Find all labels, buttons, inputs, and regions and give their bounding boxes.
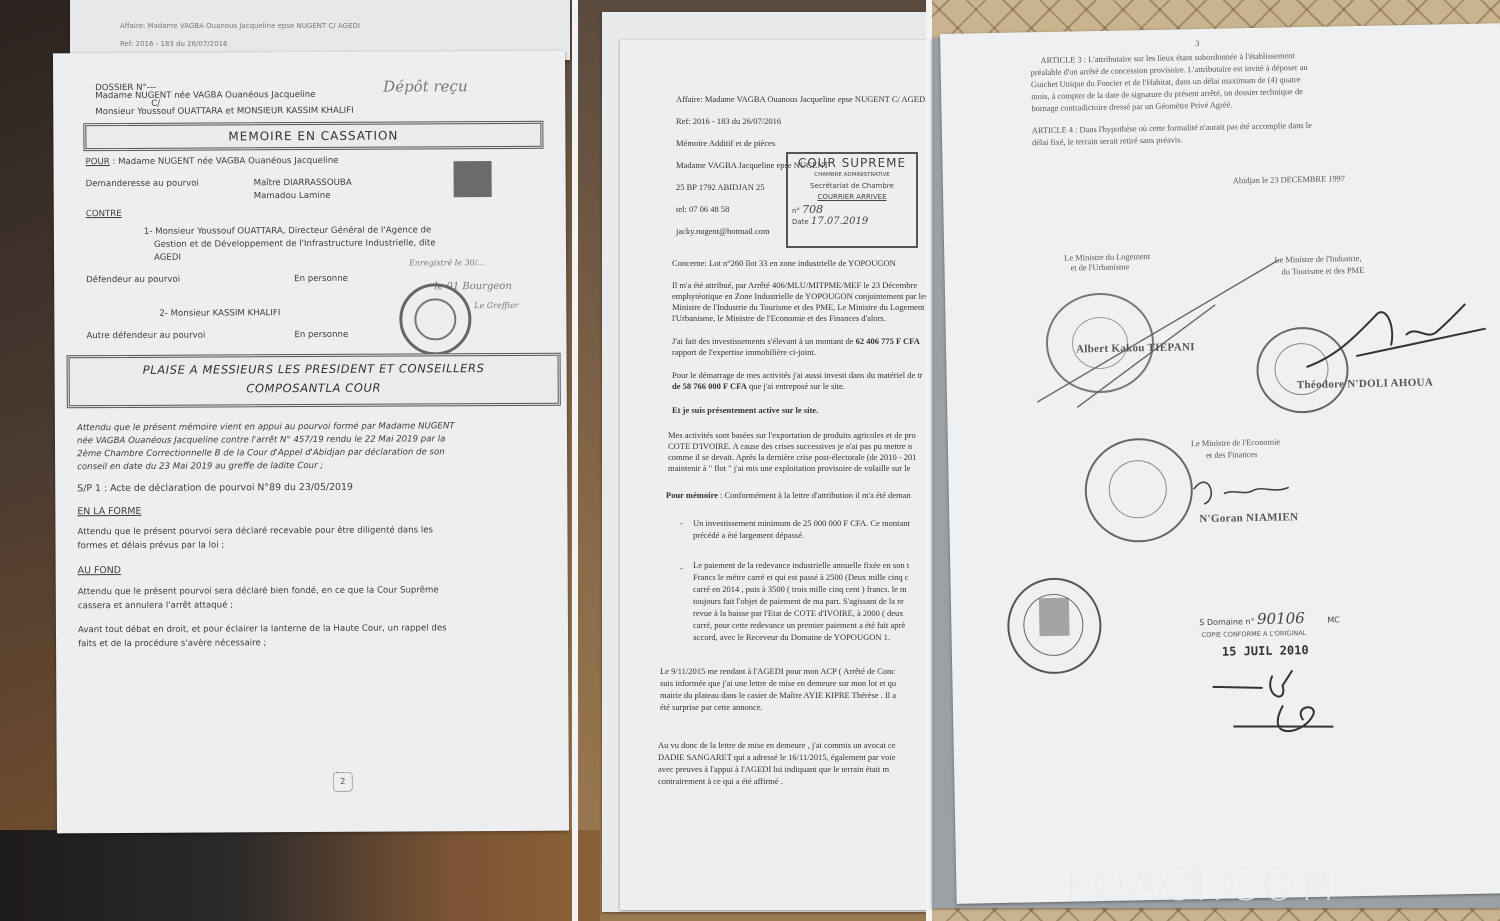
- avocat-firstname: Mamadou Lamine: [254, 191, 331, 201]
- memo-line: Pour mémoire : Conformément à la lettre …: [666, 490, 911, 500]
- bullet-line: accord, avec le Receveur du Domaine de Y…: [693, 632, 890, 642]
- place-date: Abidjan le 23 DECEMBRE 1997: [1233, 174, 1345, 185]
- back-ref: Ref: 2016 - 183 du 26/07/2016: [120, 40, 227, 48]
- signature-strike: [1034, 257, 1297, 412]
- signatory-title: et des Finances: [1206, 450, 1257, 460]
- forme-heading: EN LA FORME: [77, 506, 141, 517]
- paragraph-line: Attendu que le présent pourvoi sera décl…: [77, 525, 433, 537]
- paragraph-line: suis informée que j'ai une lettre de mis…: [660, 678, 896, 688]
- certification-line: S Domaine n° 90106 MC: [1199, 608, 1340, 629]
- affaire-line: Affaire: Madame VAGBA Ouanous Jacqueline…: [676, 94, 928, 104]
- paragraph-line: maintenir à " flot " j'ai mis une exploi…: [668, 463, 910, 473]
- defendeur-label: Défendeur au pourvoi: [86, 275, 180, 285]
- back-affaire: Affaire: Madame VAGBA Ouanous Jacqueline…: [120, 22, 360, 30]
- title-banner: MEMOIRE EN CASSATION: [83, 121, 543, 151]
- stamp-note: Enregistré le 30/...: [409, 258, 485, 267]
- stamp-line: COUR SUPREME: [788, 156, 916, 170]
- bullet-marker: -: [680, 518, 683, 528]
- signatory-title: Le Ministre de l'Industrie,: [1274, 254, 1361, 265]
- paragraph-line: Avant tout débat en droit, et pour éclai…: [78, 623, 447, 635]
- bullet-line: revue à la baisse par l'Etat de COTE d'I…: [693, 608, 904, 618]
- arrete-signature-page: 3 ARTICLE 3 : L'attributaire sur les lie…: [940, 23, 1500, 904]
- plaise-line: COMPOSANTLA COUR: [70, 378, 558, 400]
- stamp-date-label: Date: [792, 218, 809, 226]
- koaci-watermark: KOACI.COM: [1062, 860, 1340, 911]
- paragraph-line: Il m'a été attribué, par Arrêté 406/MLU/…: [672, 280, 917, 290]
- demanderesse-label: Demanderesse au pourvoi: [86, 179, 199, 190]
- paragraph-line: DADIE SANGARET qui a adressé le 16/11/20…: [658, 752, 895, 762]
- article-line: ARTICLE 4 : Dans l'hypothèse où cette fo…: [1032, 121, 1312, 135]
- signatory-name: Théodore N'DOLI AHOUA: [1297, 377, 1433, 392]
- article-line: mois, à compter de la date de signature …: [1031, 87, 1303, 101]
- paragraph-line: été surprise par cette annonce.: [660, 702, 763, 712]
- plaise-banner: PLAISE A MESSIEURS LES PRESIDENT ET CONS…: [67, 353, 561, 409]
- signatory-name: N'Goran NIAMIEN: [1199, 511, 1298, 525]
- defendant1-line: Gestion et de Développement de l'Infrast…: [154, 238, 436, 249]
- cert-number: 90106: [1257, 609, 1305, 628]
- paragraph-line: Attendu que le présent pourvoi sera décl…: [78, 585, 439, 597]
- memoire-line: Mémoire Additif et de pièces: [676, 138, 775, 148]
- investment-text: J'ai fait des investissements s'élevant …: [672, 336, 856, 346]
- equipment-amount: de 58 766 000 F CFA: [672, 381, 747, 391]
- floor-foreground: [0, 830, 600, 921]
- equipment-line: de 58 766 000 F CFA que j'ai entreposé s…: [672, 381, 845, 391]
- header-line: Madame NUGENT née VAGBA Ouanéous Jacquel…: [95, 90, 315, 101]
- cour-supreme-stamp: COUR SUPREME CHAMBRE ADMINISTRATIVE Secr…: [786, 152, 918, 248]
- memo-text: : Conformément à la lettre d'attribution…: [718, 490, 911, 500]
- stamp-num-label: n°: [792, 207, 800, 215]
- header-line: Monsieur Youssouf OUATTARA et MONSIEUR K…: [95, 106, 353, 117]
- contre-label: CONTRE: [86, 209, 122, 219]
- stamp-date-value: 17.07.2019: [811, 216, 868, 227]
- stamp-line: CHAMBRE ADMINISTRATIVE: [788, 172, 916, 178]
- bullet-line: précédé a été largement dépassé.: [693, 530, 804, 540]
- concerne-line: Concerne: Lot n°260 îlot 33 en zone indu…: [672, 258, 896, 268]
- bullet-line: carré, pour cette redevance un premier p…: [693, 620, 905, 630]
- paragraph-line: Ministre de l'Industrie du Tourisme et d…: [672, 302, 924, 312]
- en-personne-2: En personne: [294, 330, 348, 340]
- autre-defendeur-label: Autre défendeur au pourvoi: [86, 331, 205, 342]
- handwritten-note: Dépôt reçu: [383, 77, 468, 95]
- paragraph-line: avec preuves à l'appui à l'AGEDI lui ind…: [658, 764, 889, 774]
- paragraph-line: née VAGBA Ouanéous Jacqueline contre l'a…: [77, 434, 445, 446]
- paragraph-line: contrairement à ce qui a été affirmé .: [658, 776, 783, 786]
- paragraph-line: rapport de l'expertise immobilière ci-jo…: [672, 347, 816, 357]
- fiscal-stamp: [454, 161, 492, 197]
- plaise-line: PLAISE A MESSIEURS LES PRESIDENT ET CONS…: [70, 359, 558, 381]
- paragraph-line: Mes activités sont basées sur l'exportat…: [668, 430, 916, 440]
- sender-address: 25 BP 1792 ABIDJAN 25: [676, 182, 764, 192]
- ref-line: Ref: 2016 - 183 du 26/07/2016: [676, 116, 781, 126]
- fond-heading: AU FOND: [78, 565, 121, 576]
- sender-phone: tel: 07 06 48 58: [676, 204, 729, 214]
- defendant1-line: 1- Monsieur Youssouf OUATTARA, Directeur…: [144, 225, 431, 237]
- stamp-line: COURRIER ARRIVEE: [788, 193, 916, 201]
- paragraph-line: emphytéotique en Zone Industrielle de YO…: [672, 291, 928, 301]
- investment-line: J'ai fait des investissements s'élevant …: [672, 336, 920, 346]
- paragraph-line: comme il se devait. Après la dernière cr…: [668, 452, 917, 462]
- sender-email: jacky.nugent@hotmail.com: [676, 226, 770, 236]
- certification-signature: [1192, 664, 1354, 747]
- paragraph-line: 2ème Chambre Correctionnelle B de la Cou…: [77, 447, 445, 459]
- stamp-line: Secrétariat de Chambre: [788, 182, 916, 190]
- sp1-line: S/P 1 : Acte de déclaration de pourvoi N…: [77, 482, 353, 494]
- en-personne: En personne: [294, 274, 348, 284]
- paragraph-line: Pour le démarrage de mes activités j'ai …: [672, 370, 923, 380]
- paragraph-line: mairie du plateau dans le casier de Maît…: [660, 690, 896, 700]
- paragraph-line: Au vu donc de la lettre de mise en demeu…: [658, 740, 896, 750]
- paragraph-line: COTE D'IVOIRE. A cause des crises succes…: [668, 441, 912, 451]
- ministry-seal-stamp: [1084, 437, 1194, 543]
- signatory-title: Le Ministre de l'Economie: [1191, 438, 1280, 449]
- paragraph-line: cassera et annulera l'arrêt attaqué ;: [78, 600, 233, 611]
- memoire-en-cassation-page: DOSSIER N°--- Madame NUGENT née VAGBA Ou…: [53, 51, 569, 834]
- signatory-name: Albert Kakou TIEPANI: [1076, 341, 1195, 355]
- document-title: MEMOIRE EN CASSATION: [228, 129, 398, 144]
- paragraph-line: conseil en date du 23 Mai 2019 au greffe…: [77, 461, 323, 472]
- bullet-line: Le paiement de la redevance industrielle…: [693, 560, 909, 570]
- pour-label: POUR: [86, 157, 110, 167]
- handwritten-signature: [1295, 293, 1497, 387]
- stamp-note: Le Greffier: [474, 301, 518, 310]
- copie-conforme-line: COPIE CONFORME A L'ORIGINAL: [1202, 629, 1307, 639]
- page-marker: 3: [1195, 39, 1199, 48]
- signatory-title: du Tourisme et des PME: [1282, 266, 1365, 277]
- equipment-text: que j'ai entreposé sur le site.: [747, 381, 845, 391]
- article-line: bornage contradictoire dressé par un Géo…: [1031, 100, 1232, 113]
- handwritten-signature: [1188, 467, 1309, 509]
- avocat-name: Maître DIARRASSOUBA: [254, 178, 352, 189]
- paragraph-line: Le 9/11/2015 me rendant à l'AGEDI pour m…: [660, 666, 895, 676]
- paragraph-line: faits et de la procédure s'avère nécessa…: [78, 638, 266, 649]
- bullet-line: carré en 2014 , puis à 3500 ( trois mill…: [693, 584, 907, 594]
- photo-divider: [572, 0, 578, 921]
- certification-date: 15 JUIL 2010: [1222, 643, 1309, 659]
- bullet-marker: -: [680, 563, 683, 573]
- mairie-cocody-stamp: [1006, 577, 1102, 675]
- pour-text: : Madame NUGENT née VAGBA Ouanéous Jacqu…: [112, 156, 338, 167]
- bullet-line: Francs le mètre carré et qui est passé à…: [693, 572, 909, 582]
- paragraph-line: formes et délais prévus par la loi ;: [78, 540, 225, 551]
- stamp-num-value: 708: [802, 203, 823, 216]
- bullet-line: toujours fait l'objet de paiement de ma …: [693, 596, 904, 606]
- cert-suffix: MC: [1327, 615, 1340, 624]
- defendant2-line: 2- Monsieur KASSIM KHALIFI: [159, 308, 280, 319]
- pour-line: POUR : Madame NUGENT née VAGBA Ouanéous …: [86, 156, 339, 167]
- bullet-line: Un investissement minimum de 25 000 000 …: [693, 518, 910, 528]
- defendant1-line: AGEDI: [154, 253, 181, 263]
- investment-amount: 62 406 775 F CFA: [856, 336, 920, 346]
- page-number: 2: [333, 772, 353, 792]
- article-line: délai fixé, le terrain serait retiré san…: [1032, 135, 1183, 147]
- cert-label: S Domaine n°: [1199, 617, 1254, 627]
- paragraph-line: l'Urbanisme, le Ministre de l'Economie e…: [672, 313, 886, 323]
- paragraph-line: Et je suis présentement active sur le si…: [672, 405, 818, 415]
- memo-label: Pour mémoire: [666, 490, 718, 500]
- paragraph-line: Attendu que le présent mémoire vient en …: [77, 421, 455, 433]
- court-seal-stamp: [399, 283, 471, 355]
